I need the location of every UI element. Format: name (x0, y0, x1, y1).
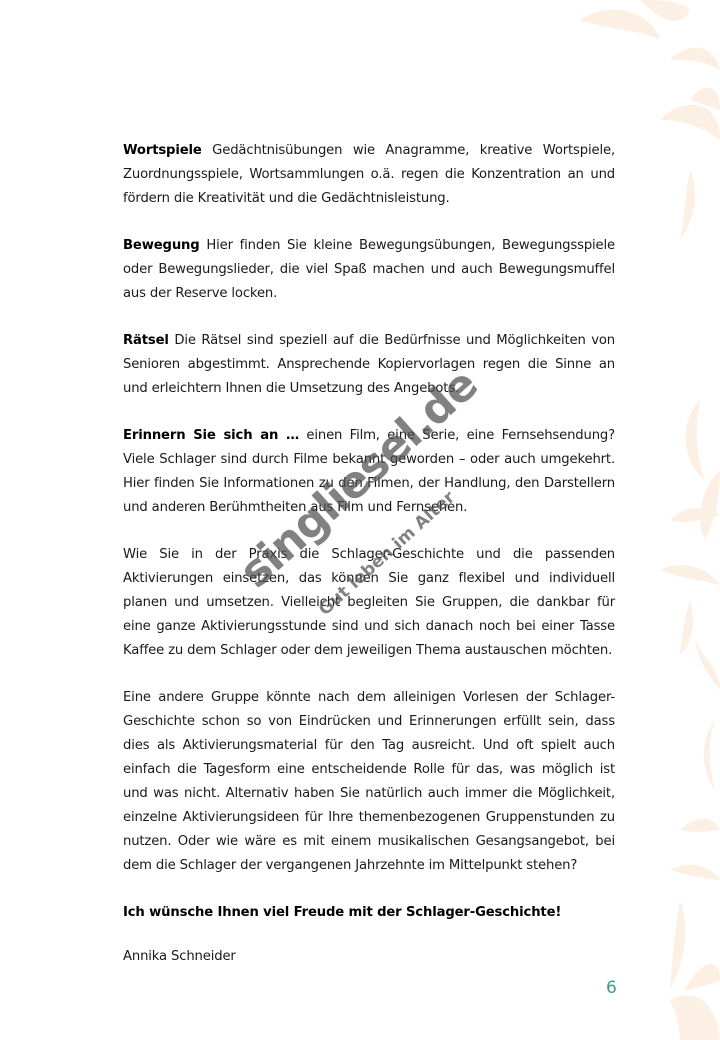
paragraph-heading: Bewegung (123, 238, 200, 253)
closing-line: Ich wünsche Ihnen viel Freude mit der Sc… (123, 901, 615, 925)
page-number: 6 (606, 978, 617, 998)
paragraph-heading: Erinnern Sie sich an … (123, 428, 299, 443)
paragraph-wortspiele: Wortspiele Gedächtnisübungen wie Anagram… (123, 139, 615, 211)
paragraph-praxis: Wie Sie in der Praxis die Schlager-Gesch… (123, 543, 615, 663)
paragraph-bewegung: Bewegung Hier finden Sie kleine Bewegung… (123, 234, 615, 306)
paragraph-heading: Wortspiele (123, 143, 202, 158)
paragraph-text: Wie Sie in der Praxis die Schlager-Gesch… (123, 547, 615, 658)
document-body: Wortspiele Gedächtnisübungen wie Anagram… (123, 139, 615, 969)
author-signature: Annika Schneider (123, 945, 615, 969)
paragraph-heading: Rätsel (123, 333, 169, 348)
paragraph-andere-gruppe: Eine andere Gruppe könnte nach dem allei… (123, 686, 615, 878)
paragraph-erinnern: Erinnern Sie sich an … einen Film, eine … (123, 424, 615, 520)
paragraph-raetsel: Rätsel Die Rätsel sind speziell auf die … (123, 329, 615, 401)
paragraph-text: Eine andere Gruppe könnte nach dem allei… (123, 690, 615, 873)
paragraph-text: Die Rätsel sind speziell auf die Bedürfn… (123, 333, 615, 396)
